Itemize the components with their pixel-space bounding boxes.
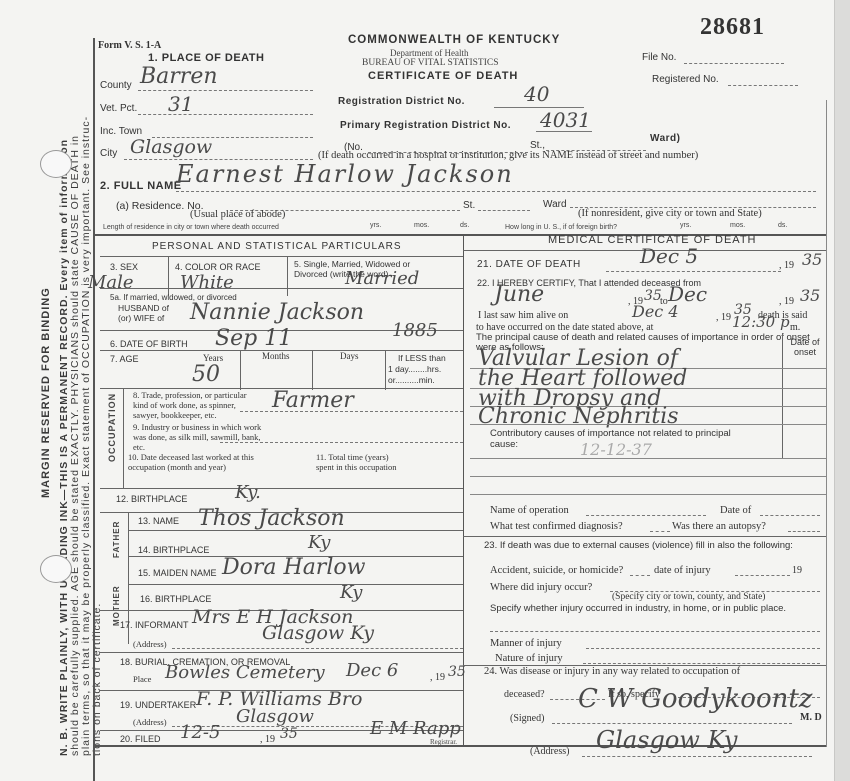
certificate-number: 28681 [700, 14, 765, 41]
date-of-death-year: 35 [802, 250, 822, 269]
months-label: Months [262, 351, 290, 361]
vet-pct-label: Vet. Pct. [100, 103, 137, 114]
dob-label: 6. DATE OF BIRTH [110, 339, 188, 349]
county-value: Barren [140, 64, 218, 89]
registered-no-line [728, 85, 798, 86]
age-years: 50 [192, 362, 220, 387]
county-label: County [100, 80, 132, 91]
date-of-death-line [606, 271, 781, 272]
informant-address: Glasgow Ky [262, 622, 374, 644]
operation-date-label: Date of [720, 505, 751, 516]
department: Department of Health [390, 48, 468, 58]
marital-value: Married [345, 268, 419, 289]
father-birthplace-label: 14. BIRTHPLACE [138, 545, 209, 555]
less-day-hrs: 1 day........hrs. [388, 364, 441, 374]
injury-date-line [735, 575, 790, 576]
father-name-value: Thos Jackson [198, 506, 345, 531]
manner-injury-label: Manner of injury [490, 638, 562, 649]
usual-place-note: (Usual place of abode) [190, 209, 285, 220]
spouse-label-3: (or) WIFE of [118, 313, 164, 323]
undertaker-address: Glasgow [236, 706, 314, 727]
margin-title: MARGIN RESERVED FOR BINDING [40, 287, 52, 498]
date-of-death-year-prefix: , 19 [779, 260, 794, 271]
onset-column-rule [782, 333, 783, 458]
row-rule-1 [100, 288, 463, 289]
date-of-onset-label: Date of onset [786, 337, 824, 357]
filed-year: 35 [280, 726, 298, 742]
last-saw-value: Dec 4 [632, 302, 679, 321]
occupation-side-rule [123, 388, 124, 488]
physician-address-line [582, 756, 812, 757]
days-label: Days [340, 351, 359, 361]
primary-registration-line [536, 131, 592, 132]
right-border [826, 100, 827, 747]
bureau: BUREAU OF VITAL STATISTICS [362, 58, 499, 68]
physician-signature: C W Goodykoontz [578, 684, 813, 714]
informant-address-line [172, 648, 463, 649]
burial-date: Dec 6 [346, 660, 398, 681]
nature-injury-label: Nature of injury [495, 653, 563, 664]
foreign-yrs-label: yrs. [680, 222, 691, 229]
registrar-label: Registrar. [430, 738, 457, 746]
trade-value: Farmer [272, 388, 354, 413]
age-label: 7. AGE [110, 354, 139, 364]
primary-registration-label: Primary Registration District No. [340, 120, 511, 131]
less-or-min: or..........min. [388, 375, 435, 385]
cause-rule-4 [470, 424, 826, 425]
row-rule-7 [128, 530, 463, 531]
foreign-birth-label: How long in U. S., if of foreign birth? [505, 224, 617, 231]
last-saw-label: I last saw him alive on [478, 310, 568, 321]
contributory-rule-3 [470, 494, 826, 495]
spouse-label-2: HUSBAND of [118, 303, 169, 313]
burial-place-value: Bowles Cemetery [165, 662, 325, 683]
residence-st-line [478, 210, 530, 211]
left-border [93, 38, 95, 781]
trade-line [240, 411, 463, 412]
residence-st-label: St. [463, 200, 475, 211]
death-certificate: MARGIN RESERVED FOR BINDING N. B. WRITE … [0, 0, 835, 781]
to-year-prefix: , 19 [779, 296, 794, 307]
full-name-label: 2. FULL NAME [100, 180, 182, 192]
age-divider-2 [312, 350, 313, 390]
total-time-label: 11. Total time (years) spent in this occ… [316, 452, 406, 472]
operation-label: Name of operation [490, 505, 569, 516]
residence-ward-label: Ward [543, 199, 567, 210]
contributory-value: 12-12-37 [580, 440, 652, 459]
registered-no-label: Registered No. [652, 74, 719, 85]
place-of-death-heading: 1. PLACE OF DEATH [148, 52, 264, 64]
foreign-ds-label: ds. [778, 222, 787, 229]
occupation-related-label: 24. Was disease or injury in any way rel… [484, 666, 740, 677]
age-divider-1 [240, 350, 241, 390]
father-birthplace-value: Ky [308, 532, 330, 553]
industry-label: 9. Industry or business in which work wa… [133, 422, 263, 452]
personal-heading: PERSONAL AND STATISTICAL PARTICULARS [152, 241, 402, 252]
residence-yrs-label: yrs. [370, 222, 381, 229]
age-divider-3 [385, 350, 386, 390]
accident-label: Accident, suicide, or homicide? [490, 565, 623, 576]
specify-injury-label: Specify whether injury occurred in indus… [490, 603, 820, 614]
where-injury-label: Where did injury occur? [490, 582, 592, 593]
residence-ds-label: ds. [460, 222, 469, 229]
injury-year: 19 [792, 565, 802, 576]
city-value: Glasgow [130, 136, 212, 158]
color-label: 4. COLOR OR RACE [175, 262, 261, 272]
punch-hole [40, 555, 72, 583]
autopsy-label: Was there an autopsy? [672, 521, 766, 532]
dob-value: Sep 11 [215, 326, 292, 351]
injury-date-label: date of injury [654, 565, 711, 576]
time-of-death: 12:30 p [732, 313, 790, 331]
less-than-label: If LESS than [398, 353, 446, 363]
last-saw-year-prefix: , 19 [716, 312, 731, 323]
autopsy-line [788, 531, 820, 532]
row-rule-9 [128, 584, 463, 585]
sex-label: 3. SEX [110, 262, 138, 272]
mother-name-value: Dora Harlow [222, 555, 365, 580]
row-rule-11 [100, 652, 463, 653]
mother-birthplace-label: 16. BIRTHPLACE [140, 594, 211, 604]
certificate-title: CERTIFICATE OF DEATH [368, 70, 518, 82]
cause-line-4: Chronic Nephritis [478, 404, 679, 429]
residence-mos-label: mos. [414, 222, 429, 229]
dob-year: 1885 [392, 320, 438, 341]
industry-line [220, 442, 463, 443]
deceased-label: deceased? [504, 689, 545, 700]
address-ward-label: Ward) [650, 133, 680, 144]
full-name-value: Earnest Harlow Jackson [176, 160, 514, 188]
contributory-rule-2 [470, 476, 826, 477]
length-residence-label: Length of residence in city or town wher… [103, 224, 279, 231]
primary-registration-value: 4031 [540, 108, 591, 132]
vet-pct-line [138, 114, 313, 115]
date-of-death-value: Dec 5 [640, 244, 698, 268]
foreign-mos-label: mos. [730, 222, 745, 229]
test-label: What test confirmed diagnosis? [490, 521, 623, 532]
attended-from-value: June [494, 282, 544, 307]
personal-heading-rule [100, 256, 463, 257]
accident-line [630, 575, 650, 576]
birthplace-value: Ky. [235, 482, 261, 503]
contributory-rule-1 [470, 458, 826, 459]
operation-date-line [760, 515, 820, 516]
registration-district-label: Registration District No. [338, 96, 465, 107]
color-divider [287, 256, 288, 296]
informant-label: 17. INFORMANT [120, 620, 189, 630]
state-title: COMMONWEALTH OF KENTUCKY [348, 34, 560, 46]
filed-label: 20. FILED [120, 734, 161, 744]
birthplace-label: 12. BIRTHPLACE [116, 494, 187, 504]
sex-value: Male [88, 272, 134, 293]
signed-label: (Signed) [510, 713, 544, 724]
nature-injury-line [583, 663, 820, 664]
filed-year-prefix: , 19 [260, 734, 275, 745]
father-name-label: 13. NAME [138, 516, 179, 526]
medical-rule-1 [463, 536, 826, 537]
signed-line [552, 723, 792, 724]
md-label: M. D [800, 712, 822, 723]
external-causes-label: 23. If death was due to external causes … [484, 540, 818, 551]
registration-district-value: 40 [524, 82, 549, 106]
mother-name-label: 15. MAIDEN NAME [138, 568, 217, 578]
operation-line [586, 515, 706, 516]
date-of-death-label: 21. DATE OF DEATH [477, 259, 581, 270]
burial-year: 35 [448, 664, 466, 680]
spouse-value: Nannie Jackson [190, 300, 364, 325]
trade-label: 8. Trade, profession, or particular kind… [133, 390, 263, 420]
to-year: 35 [800, 286, 820, 305]
form-number: Form V. S. 1-A [98, 40, 161, 51]
full-name-line [176, 191, 816, 192]
sex-divider [168, 256, 169, 296]
burial-place-label: Place [133, 674, 151, 684]
county-line [138, 90, 313, 91]
mother-birthplace-value: Ky [340, 582, 362, 603]
city-label: City [100, 148, 117, 159]
manner-injury-line [586, 648, 820, 649]
nonresident-note: (If nonresident, give city or town and S… [578, 208, 762, 219]
punch-hole [40, 150, 72, 178]
specify-injury-line [490, 631, 820, 632]
scan-edge [834, 0, 850, 781]
informant-address-label: (Address) [133, 639, 167, 649]
last-worked-label: 10. Date deceased last worked at this oc… [128, 452, 258, 472]
file-no-label: File No. [642, 52, 676, 63]
test-line [650, 531, 670, 532]
registrar-signature: E M Rapp [370, 718, 461, 739]
undertaker-address-label: (Address) [133, 717, 167, 727]
where-injury-note: (Specify city or town, county, and State… [612, 592, 765, 602]
file-no-line [684, 63, 784, 64]
filed-value: 12-5 [180, 722, 220, 743]
row-rule-5 [100, 488, 463, 489]
physician-address-label: (Address) [530, 746, 569, 757]
burial-year-prefix: , 19 [430, 672, 445, 683]
occupation-side-label: OCCUPATION [107, 393, 117, 462]
father-side-label: FATHER [112, 521, 121, 558]
vet-pct-value: 31 [168, 92, 193, 116]
physician-address: Glasgow Ky [596, 726, 737, 754]
color-value: White [180, 272, 234, 293]
binding-margin: MARGIN RESERVED FOR BINDING N. B. WRITE … [8, 40, 88, 760]
undertaker-label: 19. UNDERTAKER [120, 700, 196, 710]
